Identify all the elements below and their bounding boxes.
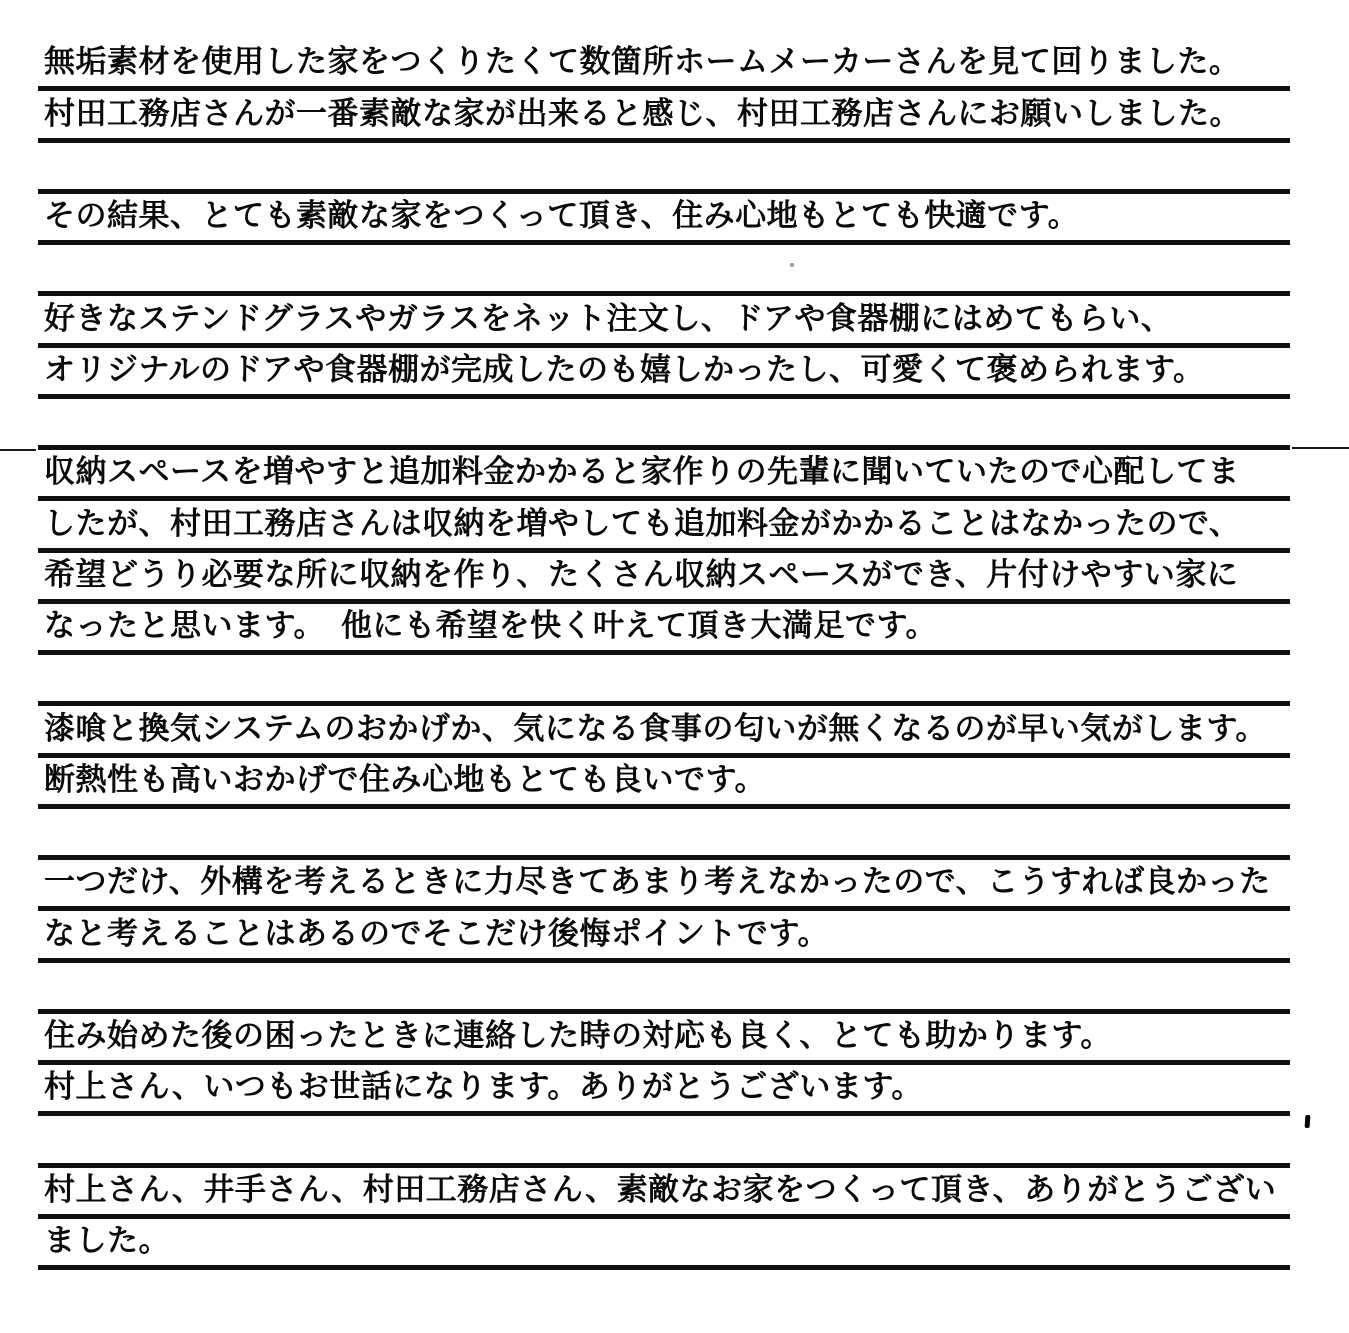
line-text (38, 283, 44, 291)
line-text: なと考えることはあるのでそこだけ後悔ポイントです。 (38, 919, 829, 958)
ruled-row: 希望どうり必要な所に収納を作り、たくさん収納スペースができ、片付けやすい家に (38, 553, 1290, 604)
ruled-row: 住み始めた後の困ったときに連絡した時の対応も良く、とても助かります。 (38, 1014, 1290, 1065)
ruled-row-blank (38, 1116, 1290, 1167)
line-text: 村田工務店さんが一番素敵な家が出来ると感じ、村田工務店さんにお願いしました。 (38, 99, 1241, 138)
ruled-row: ました。 (38, 1219, 1290, 1270)
line-text: 断熱性も高いおかげで住み心地もとても良いです。 (38, 765, 766, 804)
ruled-row: 収納スペースを増やすと追加料金かかると家作りの先輩に聞いていたので心配してま (38, 450, 1290, 501)
line-text (38, 693, 44, 701)
ruled-row-blank (38, 655, 1290, 706)
line-text: 漆喰と換気システムのおかげか、気になる食事の匂いが無くなるのが早い気がします。 (38, 714, 1267, 753)
ruled-text-sheet: 無垢素材を使用した家をつくりたくて数箇所ホームメーカーさんを見て回りました。 村… (38, 40, 1290, 1270)
line-text: 一つだけ、外構を考えるときに力尽きてあまり考えなかったので、こうすれば良かった (38, 867, 1271, 906)
scan-edge-dash-left (0, 449, 36, 451)
scan-speck (790, 263, 794, 267)
line-text: 好きなステンドグラスやガラスをネット注文し、ドアや食器棚にはめてもらい、 (38, 304, 1172, 343)
line-text (38, 847, 44, 855)
ruled-row-blank (38, 963, 1290, 1014)
ruled-row: 一つだけ、外構を考えるときに力尽きてあまり考えなかったので、こうすれば良かった (38, 860, 1290, 911)
ruled-row-blank (38, 399, 1290, 450)
ruled-row: 漆喰と換気システムのおかげか、気になる食事の匂いが無くなるのが早い気がします。 (38, 706, 1290, 757)
line-text (38, 181, 44, 189)
line-text (38, 1001, 44, 1009)
line-text: 村上さん、井手さん、村田工務店さん、素敵なお家をつくって頂き、ありがとうござい (38, 1175, 1276, 1214)
scan-edge-dash-right (1292, 447, 1349, 449)
line-text: 無垢素材を使用した家をつくりたくて数箇所ホームメーカーさんを見て回りました。 (38, 47, 1240, 86)
line-text: なったと思います。 他にも希望を快く叶えて頂き大満足です。 (38, 611, 937, 650)
scan-tick-mark (1305, 1115, 1311, 1128)
ruled-row-blank (38, 245, 1290, 296)
ruled-row-blank (38, 143, 1290, 194)
line-text: オリジナルのドアや食器棚が完成したのも嬉しかったし、可愛くて褒められます。 (38, 355, 1205, 394)
line-text: 住み始めた後の困ったときに連絡した時の対応も良く、とても助かります。 (38, 1021, 1112, 1060)
scanned-document-page: 無垢素材を使用した家をつくりたくて数箇所ホームメーカーさんを見て回りました。 村… (0, 0, 1349, 1333)
ruled-row: なったと思います。 他にも希望を快く叶えて頂き大満足です。 (38, 604, 1290, 655)
ruled-row: オリジナルのドアや食器棚が完成したのも嬉しかったし、可愛くて褒められます。 (38, 348, 1290, 399)
ruled-row: したが、村田工務店さんは収納を増やしても追加料金がかかることはなかったので、 (38, 501, 1290, 552)
line-text: 収納スペースを増やすと追加料金かかると家作りの先輩に聞いていたので心配してま (38, 457, 1239, 496)
line-text: 希望どうり必要な所に収納を作り、たくさん収納スペースができ、片付けやすい家に (38, 560, 1238, 599)
ruled-row-blank (38, 809, 1290, 860)
line-text: したが、村田工務店さんは収納を増やしても追加料金がかかることはなかったので、 (38, 509, 1240, 548)
ruled-row: 無垢素材を使用した家をつくりたくて数箇所ホームメーカーさんを見て回りました。 (38, 40, 1290, 91)
ruled-row: 好きなステンドグラスやガラスをネット注文し、ドアや食器棚にはめてもらい、 (38, 296, 1290, 347)
ruled-row: 村上さん、井手さん、村田工務店さん、素敵なお家をつくって頂き、ありがとうござい (38, 1168, 1290, 1219)
ruled-row: その結果、とても素敵な家をつくって頂き、住み心地もとても快適です。 (38, 194, 1290, 245)
line-text (38, 437, 44, 445)
line-text: ました。 (38, 1226, 170, 1265)
ruled-row: 村田工務店さんが一番素敵な家が出来ると感じ、村田工務店さんにお願いしました。 (38, 91, 1290, 142)
ruled-row: 村上さん、いつもお世話になります。ありがとうございます。 (38, 1065, 1290, 1116)
line-text: その結果、とても素敵な家をつくって頂き、住み心地もとても快適です。 (38, 201, 1079, 240)
line-text (38, 1155, 44, 1163)
line-text: 村上さん、いつもお世話になります。ありがとうございます。 (38, 1072, 923, 1111)
ruled-row: なと考えることはあるのでそこだけ後悔ポイントです。 (38, 911, 1290, 962)
ruled-row: 断熱性も高いおかげで住み心地もとても良いです。 (38, 758, 1290, 809)
